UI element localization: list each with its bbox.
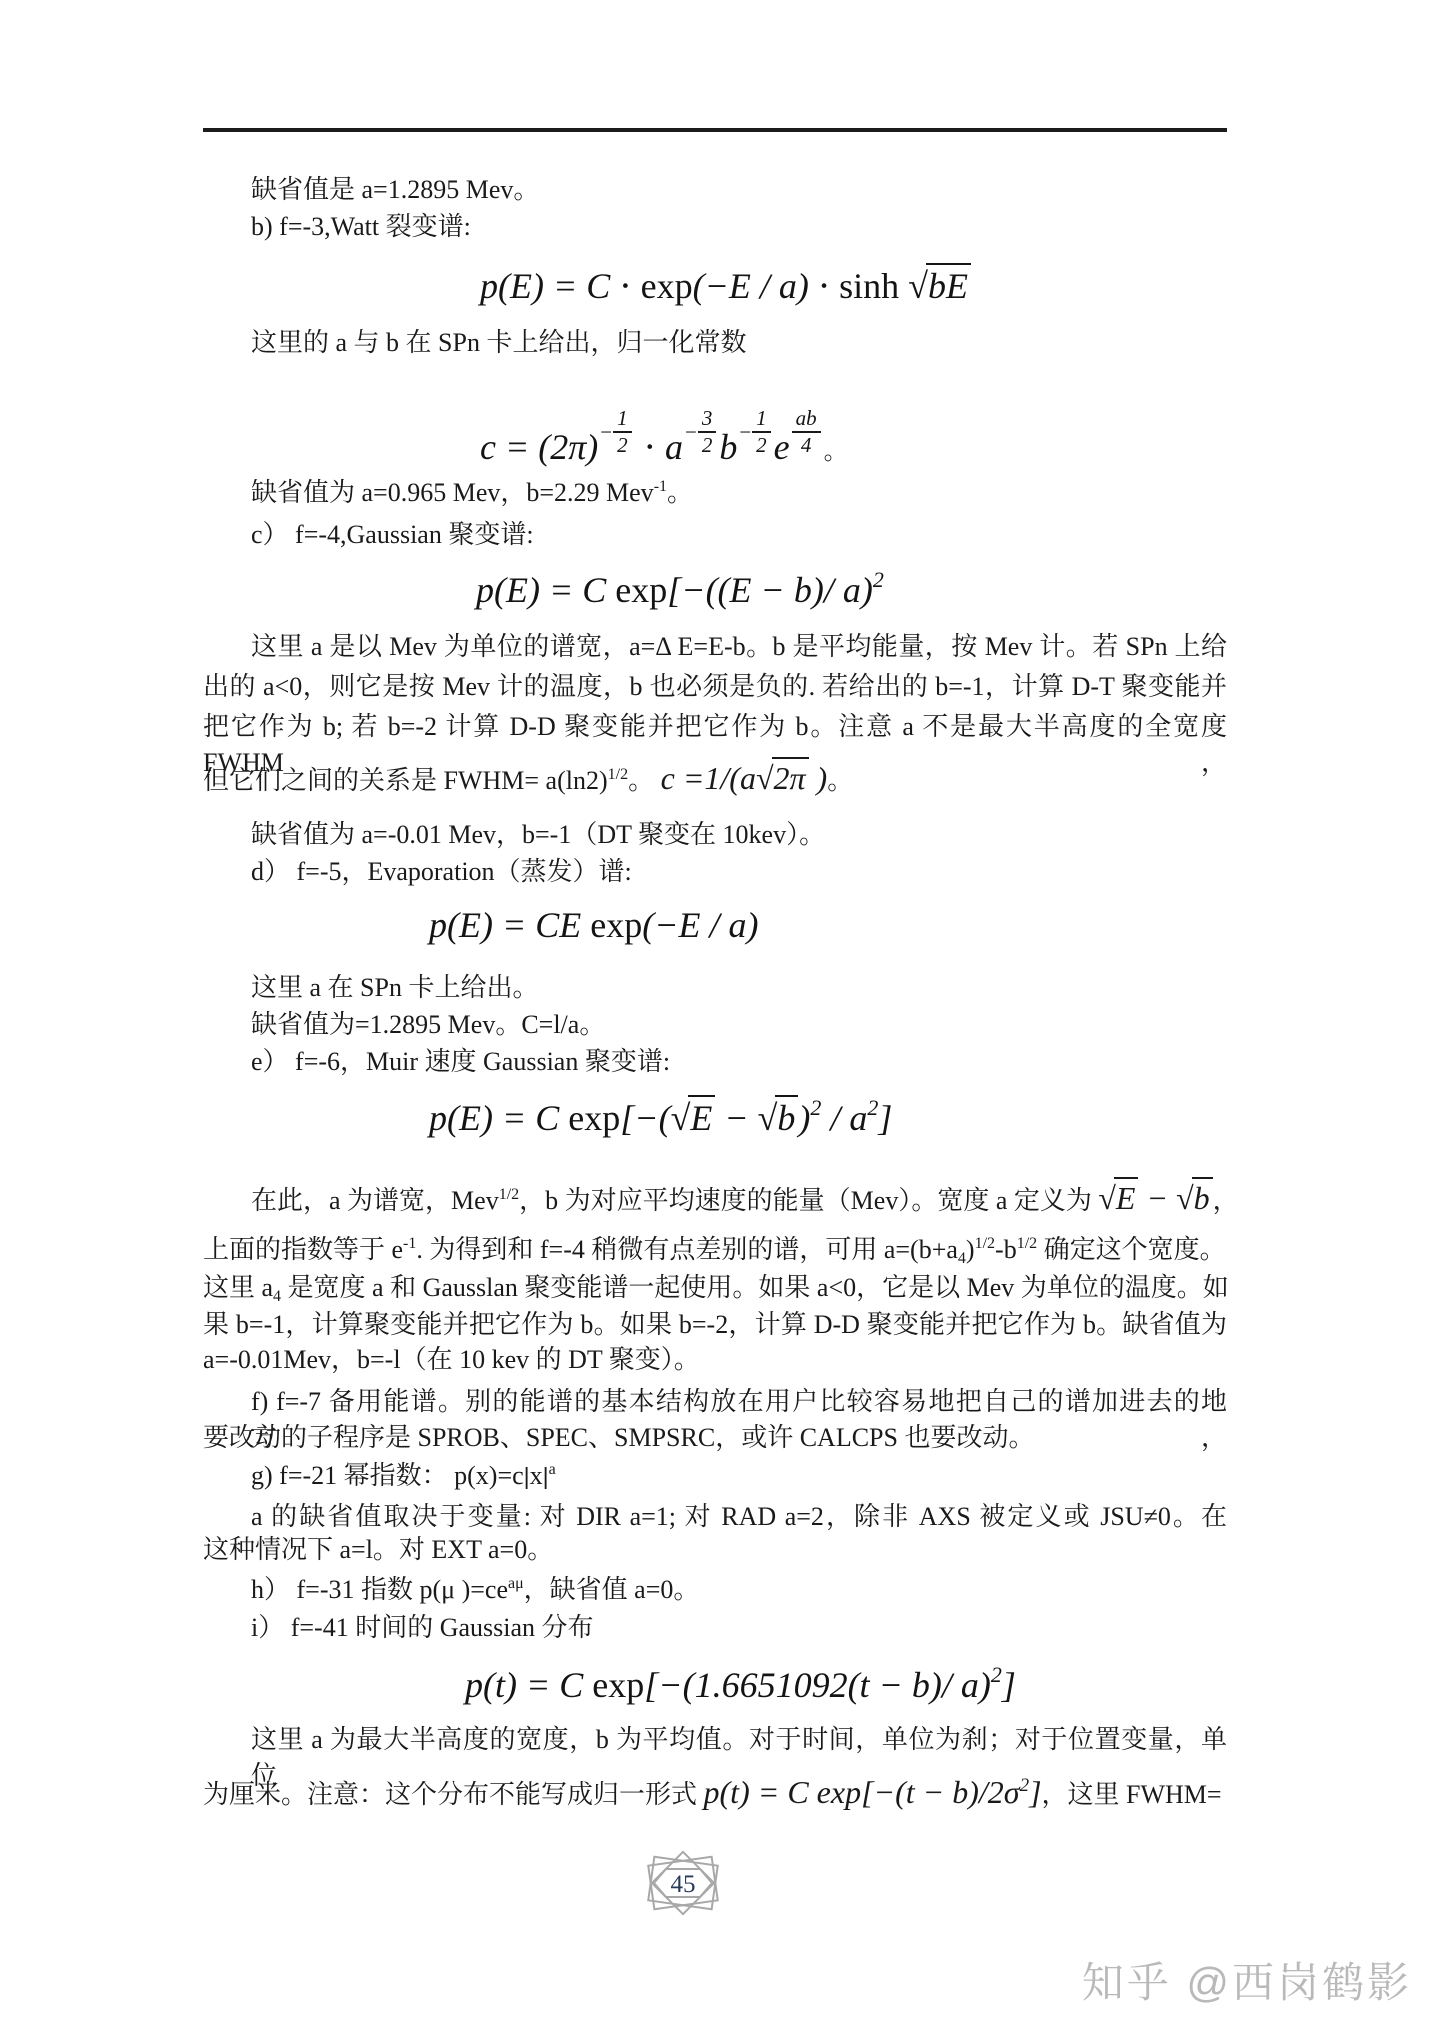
text-segment: √ [908, 266, 928, 306]
text-segment: 2 [1020, 1775, 1030, 1796]
formula-watt-spectrum: p(E) = C ⋅ exp(−E / a) ⋅ sinh √bE [480, 263, 971, 309]
watermark-text: 知乎 @西岗鹤影 [1082, 1950, 1412, 2010]
text-column: 缺省值是 a=1.2895 Mev。 b) f=-3,Watt 裂变谱: p(E… [203, 0, 1227, 2037]
text-segment: -b [995, 1235, 1017, 1264]
text-segment: h） f=-31 指数 p(μ )=ce [251, 1575, 508, 1604]
paragraph-gaussian-line2: 出的 a<0，则它是按 Mev 计的温度，b 也必须是负的. 若给出的 b=-1… [203, 669, 1227, 705]
fraction-denominator: 2 [752, 433, 771, 456]
text-segment: 在此，a 为谱宽，Mev [251, 1186, 499, 1215]
formula-mid: b [719, 427, 737, 467]
line-a-on-spn-card: 这里 a 在 SPn 卡上给出。 [251, 970, 538, 1006]
text-segment: − [1138, 1180, 1176, 1216]
line-item-e-muir: e） f=-6，Muir 速度 Gaussian 聚变谱: [251, 1044, 670, 1080]
text-segment: b [775, 1095, 798, 1138]
text-segment: 确定这个宽度。 [1037, 1235, 1226, 1264]
formula-period: 。 [824, 439, 848, 465]
text-segment: exp [592, 1665, 644, 1705]
fraction-numerator: 1 [613, 408, 632, 433]
text-segment: ， [1213, 1186, 1239, 1215]
fraction-denominator: 2 [698, 433, 717, 456]
text-segment: 1/2 [1017, 1235, 1037, 1252]
fraction-stack: ab4 [792, 408, 821, 456]
text-segment: p(t) = C exp[−(t − b)/2σ [704, 1774, 1020, 1810]
formula-gaussian-fusion: p(E) = C exp[−((E − b)/ a)2 [476, 567, 884, 613]
text-segment: ] [1002, 1665, 1016, 1705]
text-segment: 上面的指数等于 e [203, 1235, 403, 1264]
text-segment: 缺省值为 a=0.965 Mev，b=2.29 Mev [251, 478, 654, 507]
document-page: { "page": { "number": "45", "watermark":… [0, 0, 1440, 2037]
line-default-value-watt-intro: 缺省值是 a=1.2895 Mev。 [251, 172, 539, 208]
line-evaporation-default: 缺省值为=1.2895 Mev。C=l/a。 [251, 1007, 605, 1043]
paragraph-muir-line3: 这里 a4 是宽度 a 和 Gausslan 聚变能谱一起使用。如果 a<0，它… [203, 1270, 1229, 1306]
text-segment: c =1/(a [661, 760, 756, 796]
text-segment: 4 [958, 1250, 966, 1267]
formula-evaporation: p(E) = CE exp(−E / a) [429, 902, 759, 948]
line-watt-defaults: 缺省值为 a=0.965 Mev，b=2.29 Mev-1。 [251, 475, 693, 511]
paragraph-fwhm-relation: 但它们之间的关系是 FWHM= a(ln2)1/2。 c =1/(a√2π )。 [203, 760, 853, 799]
line-item-i-time-gaussian: i） f=-41 时间的 Gaussian 分布 [251, 1610, 594, 1646]
fraction-numerator: 1 [752, 408, 771, 433]
text-segment: -1 [654, 478, 667, 495]
text-segment: p(E) = C [429, 1098, 568, 1138]
paragraph-muir-line2: 上面的指数等于 e-1. 为得到和 f=-4 稍微有点差别的谱，可用 a=(b+… [203, 1232, 1226, 1268]
text-segment: 。 [827, 766, 853, 795]
paragraph-g-defaults-line2: 这种情况下 a=l。对 EXT a=0。 [203, 1532, 553, 1568]
paragraph-g-defaults-line1: a 的缺省值取决于变量: 对 DIR a=1; 对 RAD a=2，除非 AXS… [251, 1499, 1227, 1535]
text-segment: 2π [772, 757, 809, 796]
fraction-numerator: 3 [698, 408, 717, 433]
text-segment: 1/2 [608, 766, 628, 783]
text-segment: 这里 a [203, 1273, 273, 1302]
line-ab-on-spn-card: 这里的 a 与 b 在 SPn 卡上给出，归一化常数 [251, 325, 746, 361]
page-number-ornament: 45 [641, 1844, 725, 1922]
paragraph-f7-line2: 要改动的子程序是 SPROB、SPEC、SMPSRC，或许 CALCPS 也要改… [203, 1420, 1034, 1456]
text-segment: 为厘米。注意：这个分布不能写成归一形式 [203, 1780, 704, 1809]
text-segment: 2 [810, 1095, 821, 1120]
formula-time-gaussian: p(t) = C exp[−(1.6651092(t − b)/ a)2] [465, 1662, 1016, 1708]
text-segment: . 为得到和 f=-4 稍微有点差别的谱，可用 a=(b+a [416, 1235, 958, 1264]
text-segment: 2 [873, 567, 884, 592]
text-segment: ] [1029, 1774, 1041, 1810]
text-segment: p(E) = C [476, 570, 615, 610]
text-segment: 但它们之间的关系是 FWHM= a(ln2) [203, 766, 608, 795]
paragraph-time-line2: 为厘米。注意：这个分布不能写成归一形式 p(t) = C exp[−(t − b… [203, 1774, 1222, 1813]
paragraph-muir-line4: 果 b=-1，计算聚变能并把它作为 b。如果 b=-2，计算 D-D 聚变能并把… [203, 1307, 1227, 1343]
fraction-stack: 12 [752, 408, 771, 456]
formula-lead: c = (2π) [480, 427, 598, 467]
fraction-numerator: ab [792, 408, 821, 433]
text-segment: E [1114, 1177, 1139, 1216]
text-segment: b [1192, 1177, 1213, 1216]
paragraph-muir-line1: 在此，a 为谱宽，Mev1/2，b 为对应平均速度的能量（Mev）。宽度 a 定… [251, 1180, 1239, 1219]
text-segment: [−(1.6651092(t − b)/ a) [644, 1665, 991, 1705]
text-segment: ] [878, 1098, 892, 1138]
text-segment: [−( [620, 1098, 670, 1138]
page-number: 45 [671, 1871, 696, 1898]
exponent-sign: − [739, 422, 751, 443]
text-segment: aμ [508, 1575, 524, 1592]
text-segment: √ [756, 760, 774, 796]
text-segment: 2 [991, 1662, 1002, 1687]
formula-mid: ⋅ a [635, 427, 683, 467]
exponent-minus-three-halves: −32 [685, 408, 716, 456]
text-segment: 1/2 [499, 1186, 519, 1203]
text-segment: x [530, 1461, 543, 1490]
text-segment: (−E / a) ⋅ [693, 266, 840, 306]
text-segment: 。 [628, 766, 661, 795]
text-segment: √ [1176, 1180, 1194, 1216]
text-segment: ) [798, 1098, 810, 1138]
line-item-b-watt: b) f=-3,Watt 裂变谱: [251, 209, 471, 245]
text-segment: a [549, 1461, 556, 1478]
text-segment: sinh [839, 266, 908, 306]
text-segment: ，b 为对应平均速度的能量（Mev）。宽度 a 定义为 [519, 1186, 1098, 1215]
paragraph-gaussian-line1: 这里 a 是以 Mev 为单位的谱宽，a=Δ E=E-b。b 是平均能量，按 M… [251, 629, 1227, 665]
exponent-sign: − [685, 422, 697, 443]
text-segment: exp [568, 1098, 620, 1138]
line-item-g-power-law: g) f=-21 幂指数： p(x)=c|x|a [251, 1458, 556, 1494]
text-segment: p(t) = C [465, 1665, 592, 1705]
text-segment: g) f=-21 幂指数： p(x)=c [251, 1461, 524, 1490]
formula-mid: e [774, 427, 790, 467]
exponent-minus-one-half-b: −12 [739, 408, 770, 456]
text-segment: p(E) = C ⋅ [480, 266, 641, 306]
formula-watt-normalization-constant: c = (2π)−12 ⋅ a−32b−12eab4。 [480, 408, 848, 475]
text-segment: ，这里 FWHM= [1042, 1780, 1222, 1809]
line-item-h-exponential: h） f=-31 指数 p(μ )=ceaμ，缺省值 a=0。 [251, 1572, 699, 1608]
text-segment: 是宽度 a 和 Gausslan 聚变能谱一起使用。如果 a<0，它是以 Mev… [281, 1273, 1229, 1302]
text-segment: − [715, 1098, 757, 1138]
text-segment: 1/2 [975, 1235, 995, 1252]
text-segment: ) [966, 1235, 975, 1264]
text-segment: 4 [273, 1288, 281, 1305]
text-segment: ，缺省值 a=0。 [524, 1575, 700, 1604]
exponent-minus-one-half: −12 [600, 408, 631, 456]
line-item-c-gaussian: c） f=-4,Gaussian 聚变谱: [251, 517, 534, 553]
fraction-denominator: 4 [792, 433, 821, 456]
line-item-d-evaporation: d） f=-5，Evaporation（蒸发）谱: [251, 854, 632, 890]
text-segment: 。 [667, 478, 693, 507]
text-segment: exp [641, 266, 693, 306]
text-segment: exp [590, 905, 642, 945]
text-segment: (−E / a) [642, 905, 758, 945]
line-gaussian-defaults: 缺省值为 a=-0.01 Mev，b=-1（DT 聚变在 10kev）。 [251, 817, 825, 853]
text-segment: -1 [403, 1235, 416, 1252]
exponent-ab-over-four: ab4 [792, 408, 821, 456]
fraction-stack: 12 [613, 408, 632, 456]
text-segment: exp [615, 570, 667, 610]
text-segment: [−((E − b)/ a) [667, 570, 873, 610]
exponent-sign: − [600, 422, 612, 443]
text-segment: ) [809, 760, 828, 796]
fraction-denominator: 2 [613, 433, 632, 456]
text-segment: bE [926, 263, 971, 306]
text-segment: / a [821, 1098, 867, 1138]
text-segment: 2 [867, 1095, 878, 1120]
text-segment: E [688, 1095, 715, 1138]
fraction-stack: 32 [698, 408, 717, 456]
text-segment: p(E) = CE [429, 905, 590, 945]
formula-muir-gaussian: p(E) = C exp[−(√E − √b)2 / a2] [429, 1095, 892, 1141]
paragraph-muir-line5: a=-0.01Mev，b=-l（在 10 kev 的 DT 聚变）。 [203, 1342, 700, 1378]
